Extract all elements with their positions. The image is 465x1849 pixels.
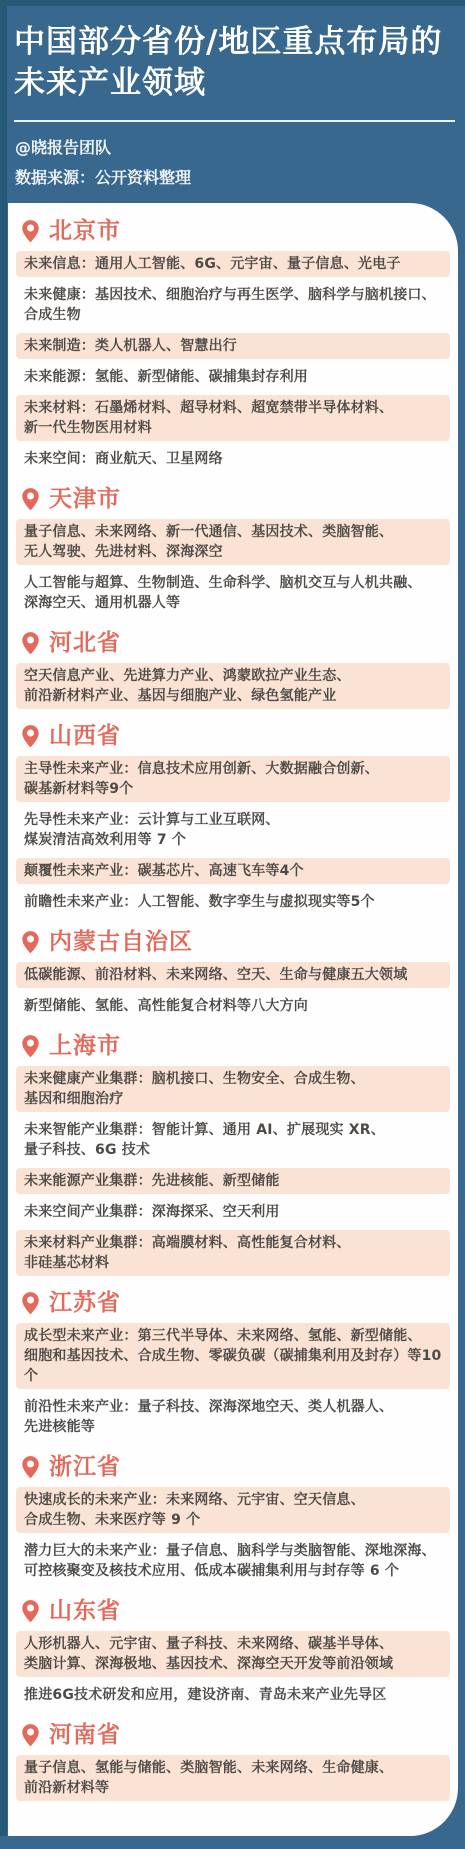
header: 中国部分省份/地区重点布局的未来产业领域 @晓报告团队 数据来源：公开资料整理	[0, 0, 465, 188]
industry-row: 空天信息产业、先进算力产业、鸿蒙欧拉产业生态、 前沿新材料产业、基因与细胞产业、…	[16, 663, 450, 709]
industry-rows: 人形机器人、元宇宙、量子科技、未来网络、碳基半导体、 类脑计算、深海极地、基因技…	[16, 1631, 450, 1708]
province-name: 山西省	[49, 722, 121, 750]
industry-row: 量子信息、氢能与储能、类脑智能、未来网络、生命健康、 前沿新材料等	[16, 1755, 450, 1801]
industry-rows: 量子信息、氢能与储能、类脑智能、未来网络、生命健康、 前沿新材料等	[16, 1755, 450, 1801]
industry-row: 成长型未来产业：第三代半导体、未来网络、氢能、新型储能、 细胞和基因技术、合成生…	[16, 1323, 450, 1389]
industry-rows: 成长型未来产业：第三代半导体、未来网络、氢能、新型储能、 细胞和基因技术、合成生…	[16, 1323, 450, 1440]
industry-row: 未来空间：商业航天、卫星网络	[16, 446, 450, 472]
data-source: 数据来源：公开资料整理	[15, 165, 453, 188]
location-pin-icon	[20, 487, 41, 512]
content-card: 北京市 未来信息：通用人工智能、6G、元宇宙、量子信息、光电子 未来健康：基因技…	[8, 203, 458, 1836]
industry-row: 未来智能产业集群：智能计算、通用 AI、扩展现实 XR、 量子科技、6G 技术	[16, 1117, 450, 1163]
province-section: 山东省 人形机器人、元宇宙、量子科技、未来网络、碳基半导体、 类脑计算、深海极地…	[16, 1597, 450, 1708]
location-pin-icon	[20, 219, 41, 244]
industry-row: 未来空间产业集群：深海探采、空天利用	[16, 1199, 450, 1225]
location-pin-icon	[20, 930, 41, 955]
location-pin-icon	[20, 1723, 41, 1748]
industry-row: 人形机器人、元宇宙、量子科技、未来网络、碳基半导体、 类脑计算、深海极地、基因技…	[16, 1631, 450, 1677]
industry-row: 先导性未来产业：云计算与工业互联网、 煤炭清洁高效利用等 7 个	[16, 807, 450, 853]
province-section: 北京市 未来信息：通用人工智能、6G、元宇宙、量子信息、光电子 未来健康：基因技…	[16, 217, 450, 472]
location-pin-icon	[20, 724, 41, 749]
industry-row: 未来健康产业集群：脑机接口、生物安全、合成生物、 基因和细胞治疗	[16, 1066, 450, 1112]
province-section: 江苏省 成长型未来产业：第三代半导体、未来网络、氢能、新型储能、 细胞和基因技术…	[16, 1289, 450, 1440]
province-header: 上海市	[20, 1032, 450, 1060]
industry-rows: 未来信息：通用人工智能、6G、元宇宙、量子信息、光电子 未来健康：基因技术、细胞…	[16, 251, 450, 472]
province-name: 山东省	[49, 1597, 121, 1625]
industry-row: 前沿性未来产业：量子科技、深海深地空天、类人机器人、 先进核能等	[16, 1394, 450, 1440]
location-pin-icon	[20, 1455, 41, 1480]
province-name: 河南省	[49, 1721, 121, 1749]
industry-row: 未来信息：通用人工智能、6G、元宇宙、量子信息、光电子	[16, 251, 450, 277]
page-title-line1: 中国部分省份/地区重点布局的	[14, 24, 442, 60]
industry-rows: 未来健康产业集群：脑机接口、生物安全、合成生物、 基因和细胞治疗 未来智能产业集…	[16, 1066, 450, 1276]
industry-row: 未来材料：石墨烯材料、超导材料、超宽禁带半导体材料、 新一代生物医用材料	[16, 395, 450, 441]
province-section: 浙江省 快速成长的未来产业：未来网络、元宇宙、空天信息、 合成生物、未来医疗等 …	[16, 1453, 450, 1584]
province-header: 山西省	[20, 722, 450, 750]
industry-row: 颠覆性未来产业：碳基芯片、高速飞车等4个	[16, 858, 450, 884]
industry-row: 低碳能源、前沿材料、未来网络、空天、生命与健康五大领域	[16, 962, 450, 988]
byline: @晓报告团队	[15, 135, 453, 158]
industry-row: 未来能源产业集群：先进核能、新型储能	[16, 1168, 450, 1194]
province-name: 河北省	[49, 629, 121, 657]
province-header: 北京市	[20, 217, 450, 245]
industry-row: 主导性未来产业：信息技术应用创新、大数据融合创新、 碳基新材料等9个	[16, 756, 450, 802]
province-section: 河北省 空天信息产业、先进算力产业、鸿蒙欧拉产业生态、 前沿新材料产业、基因与细…	[16, 629, 450, 709]
industry-row: 未来制造：类人机器人、智慧出行	[16, 333, 450, 359]
industry-rows: 低碳能源、前沿材料、未来网络、空天、生命与健康五大领域 新型储能、氢能、高性能复…	[16, 962, 450, 1019]
industry-row: 量子信息、未来网络、新一代通信、基因技术、类脑智能、 无人驾驶、先进材料、深海深…	[16, 519, 450, 565]
industry-row: 快速成长的未来产业：未来网络、元宇宙、空天信息、 合成生物、未来医疗等 9 个	[16, 1487, 450, 1533]
industry-row: 未来健康：基因技术、细胞治疗与再生医学、脑科学与脑机接口、 合成生物	[16, 282, 450, 328]
page-title: 中国部分省份/地区重点布局的未来产业领域	[14, 22, 453, 104]
industry-row: 潜力巨大的未来产业：量子信息、脑科学与类脑智能、深地深海、 可控核聚变及核技术应…	[16, 1538, 450, 1584]
province-name: 北京市	[49, 217, 121, 245]
province-name: 江苏省	[49, 1289, 121, 1317]
province-name: 内蒙古自治区	[49, 928, 193, 956]
infographic-page: { "colors": { "background": "#39688e", "…	[0, 0, 465, 1836]
province-header: 江苏省	[20, 1289, 450, 1317]
province-section: 山西省 主导性未来产业：信息技术应用创新、大数据融合创新、 碳基新材料等9个 先…	[16, 722, 450, 915]
industry-row: 推进6G技术研发和应用，建设济南、青岛未来产业先导区	[16, 1682, 450, 1708]
location-pin-icon	[20, 631, 41, 656]
industry-rows: 主导性未来产业：信息技术应用创新、大数据融合创新、 碳基新材料等9个 先导性未来…	[16, 756, 450, 915]
province-header: 河南省	[20, 1721, 450, 1749]
province-header: 浙江省	[20, 1453, 450, 1481]
province-header: 天津市	[20, 485, 450, 513]
industry-row: 新型储能、氢能、高性能复合材料等八大方向	[16, 993, 450, 1019]
page-title-line2: 未来产业领域	[14, 65, 206, 101]
province-section: 天津市 量子信息、未来网络、新一代通信、基因技术、类脑智能、 无人驾驶、先进材料…	[16, 485, 450, 616]
industry-row: 未来材料产业集群：高端膜材料、高性能复合材料、 非硅基芯材料	[16, 1230, 450, 1276]
industry-row: 前瞻性未来产业：人工智能、数字孪生与虚拟现实等5个	[16, 889, 450, 915]
province-header: 内蒙古自治区	[20, 928, 450, 956]
province-section: 上海市 未来健康产业集群：脑机接口、生物安全、合成生物、 基因和细胞治疗 未来智…	[16, 1032, 450, 1276]
industry-rows: 快速成长的未来产业：未来网络、元宇宙、空天信息、 合成生物、未来医疗等 9 个 …	[16, 1487, 450, 1584]
location-pin-icon	[20, 1599, 41, 1624]
province-sections: 北京市 未来信息：通用人工智能、6G、元宇宙、量子信息、光电子 未来健康：基因技…	[16, 217, 450, 1801]
location-pin-icon	[20, 1291, 41, 1316]
industry-rows: 空天信息产业、先进算力产业、鸿蒙欧拉产业生态、 前沿新材料产业、基因与细胞产业、…	[16, 663, 450, 709]
province-header: 河北省	[20, 629, 450, 657]
province-section: 内蒙古自治区 低碳能源、前沿材料、未来网络、空天、生命与健康五大领域 新型储能、…	[16, 928, 450, 1019]
industry-row: 未来能源：氢能、新型储能、碳捕集封存利用	[16, 364, 450, 390]
header-divider	[14, 120, 455, 122]
industry-row: 人工智能与超算、生物制造、生命科学、脑机交互与人机共融、 深海空天、通用机器人等	[16, 570, 450, 616]
industry-rows: 量子信息、未来网络、新一代通信、基因技术、类脑智能、 无人驾驶、先进材料、深海深…	[16, 519, 450, 616]
page-edge-shadow-left	[0, 0, 7, 1836]
province-header: 山东省	[20, 1597, 450, 1625]
province-name: 上海市	[49, 1032, 121, 1060]
location-pin-icon	[20, 1034, 41, 1059]
province-name: 天津市	[49, 485, 121, 513]
province-section: 河南省 量子信息、氢能与储能、类脑智能、未来网络、生命健康、 前沿新材料等	[16, 1721, 450, 1801]
province-name: 浙江省	[49, 1453, 121, 1481]
